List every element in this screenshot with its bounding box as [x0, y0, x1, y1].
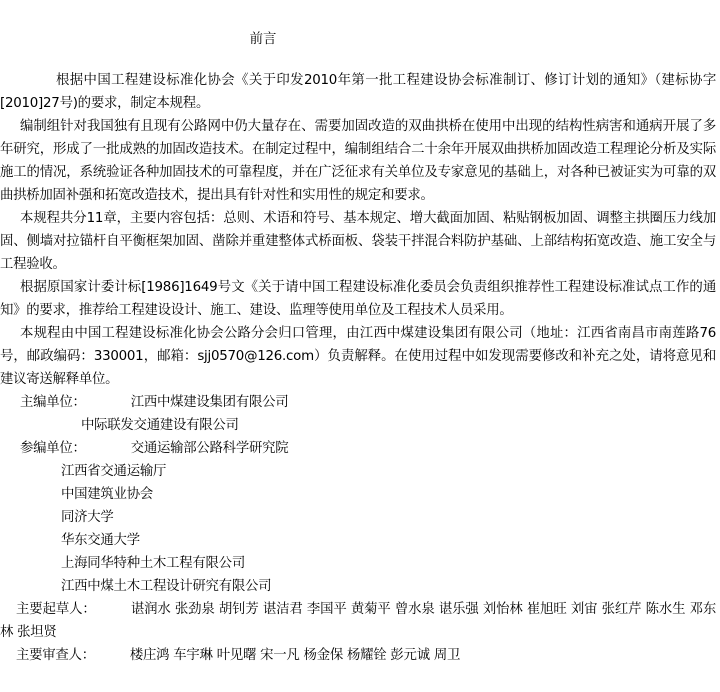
participating-unit-item: 交通运输部公路科学研究院	[131, 441, 289, 456]
participating-unit-item: 江西省交通运输厅	[0, 460, 716, 483]
reviewers-line: 主要审查人：楼庄鸿 车宇琳 叶见曙 宋一凡 杨金保 杨耀铨 彭元诚 周卫	[0, 644, 716, 667]
document-body: 根据中国工程建设标准化协会《关于印发2010年第一批工程建设协会标准制订、修订计…	[0, 69, 716, 667]
participating-units-label: 参编单位：	[0, 437, 86, 460]
page-title: 前言	[0, 31, 526, 49]
drafters-label: 主要起草人：	[16, 602, 96, 617]
chief-unit-item: 中际联发交通建设有限公司	[0, 414, 716, 437]
paragraph-basis: 根据中国工程建设标准化协会《关于印发2010年第一批工程建设协会标准制订、修订计…	[0, 69, 716, 115]
participating-unit-item: 同济大学	[0, 506, 716, 529]
paragraph-recommendation: 根据原国家计委计标[1986]1649号文《关于请中国工程建设标准化委员会负责组…	[0, 276, 716, 322]
participating-unit-item: 中国建筑业协会	[0, 483, 716, 506]
paragraph-research: 编制组针对我国独有且现有公路网中仍大量存在、需要加固改造的双曲拱桥在使用中出现的…	[0, 115, 716, 207]
participating-unit-item: 江西中煤土木工程设计研究有限公司	[0, 575, 716, 598]
paragraph-management: 本规程由中国工程建设标准化协会公路分会归口管理，由江西中煤建设集团有限公司（地址…	[0, 322, 716, 391]
participating-units-line: 参编单位：交通运输部公路科学研究院	[0, 437, 716, 460]
paragraph-contents: 本规程共分11章，主要内容包括：总则、术语和符号、基本规定、增大截面加固、粘贴钢…	[0, 207, 716, 276]
chief-units-line: 主编单位：江西中煤建设集团有限公司	[0, 391, 716, 414]
drafters-line: 主要起草人：谌润水 张劲泉 胡钊芳 谌洁君 李国平 黄菊平 曾水泉 谌乐强 刘怡…	[0, 598, 716, 644]
reviewers-label: 主要审查人：	[16, 648, 95, 663]
chief-units-label: 主编单位：	[0, 391, 86, 414]
reviewers-names: 楼庄鸿 车宇琳 叶见曙 宋一凡 杨金保 杨耀铨 彭元诚 周卫	[130, 648, 460, 663]
participating-unit-item: 上海同华特种土木工程有限公司	[0, 552, 716, 575]
participating-unit-item: 华东交通大学	[0, 529, 716, 552]
drafters-names: 谌润水 张劲泉 胡钊芳 谌洁君 李国平 黄菊平 曾水泉 谌乐强 刘怡林 崔旭旺 …	[0, 602, 716, 640]
chief-unit-item: 江西中煤建设集团有限公司	[131, 395, 289, 410]
